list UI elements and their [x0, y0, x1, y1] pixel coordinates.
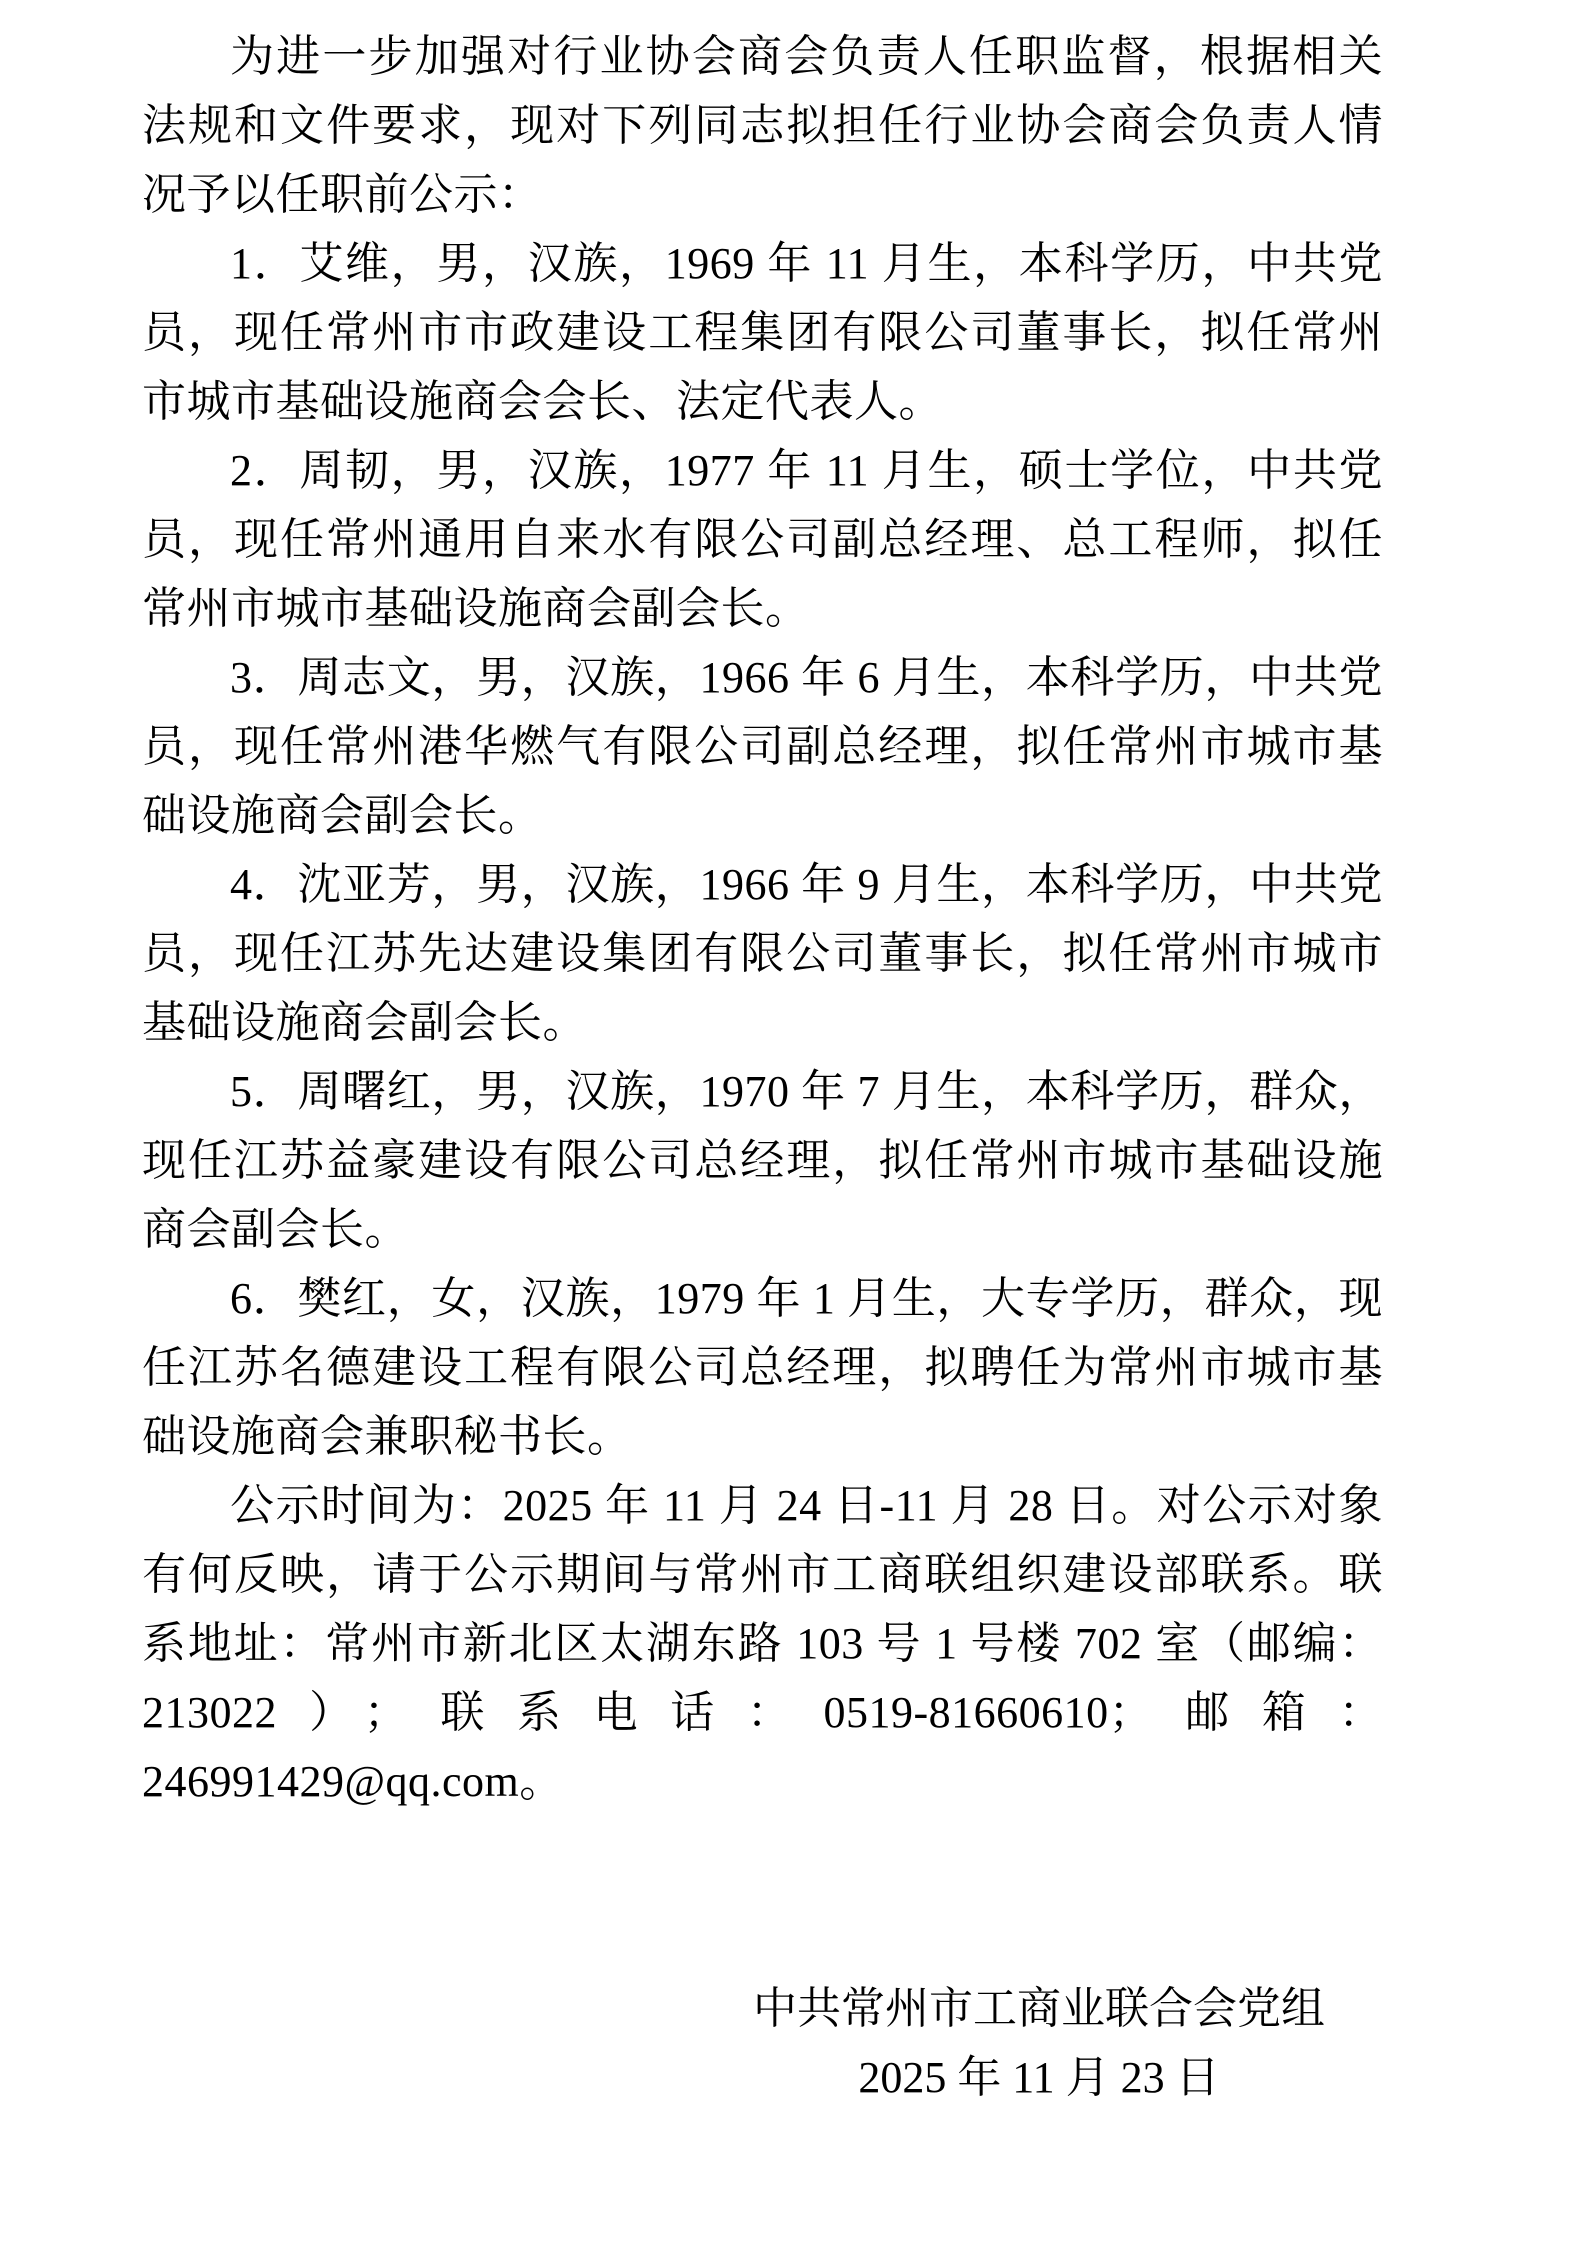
candidate-item-2: 2．周韧，男，汉族，1977 年 11 月生，硕士学位，中共党员，现任常州通用自…	[142, 436, 1383, 643]
candidate-item-1: 1．艾维，男，汉族，1969 年 11 月生，本科学历，中共党员，现任常州市市政…	[142, 229, 1383, 436]
signature-date: 2025 年 11 月 23 日	[753, 2043, 1325, 2112]
candidate-item-4: 4．沈亚芳，男，汉族，1966 年 9 月生，本科学历，中共党员，现任江苏先达建…	[142, 850, 1383, 1057]
intro-paragraph: 为进一步加强对行业协会商会负责人任职监督，根据相关法规和文件要求，现对下列同志拟…	[142, 22, 1383, 229]
candidate-item-3: 3．周志文，男，汉族，1966 年 6 月生，本科学历，中共党员，现任常州港华燃…	[142, 643, 1383, 850]
signature-org: 中共常州市工商业联合会党组	[753, 1974, 1325, 2043]
signature-block: 中共常州市工商业联合会党组 2025 年 11 月 23 日	[753, 1974, 1325, 2112]
contact-paragraph: 公示时间为：2025 年 11 月 24 日-11 月 28 日。对公示对象有何…	[142, 1471, 1383, 1816]
document-page: 为进一步加强对行业协会商会负责人任职监督，根据相关法规和文件要求，现对下列同志拟…	[0, 0, 1587, 2245]
candidate-item-5: 5．周曙红，男，汉族，1970 年 7 月生，本科学历，群众，现任江苏益豪建设有…	[142, 1057, 1383, 1264]
candidate-item-6: 6．樊红，女，汉族，1979 年 1 月生，大专学历，群众，现任江苏名德建设工程…	[142, 1264, 1383, 1471]
